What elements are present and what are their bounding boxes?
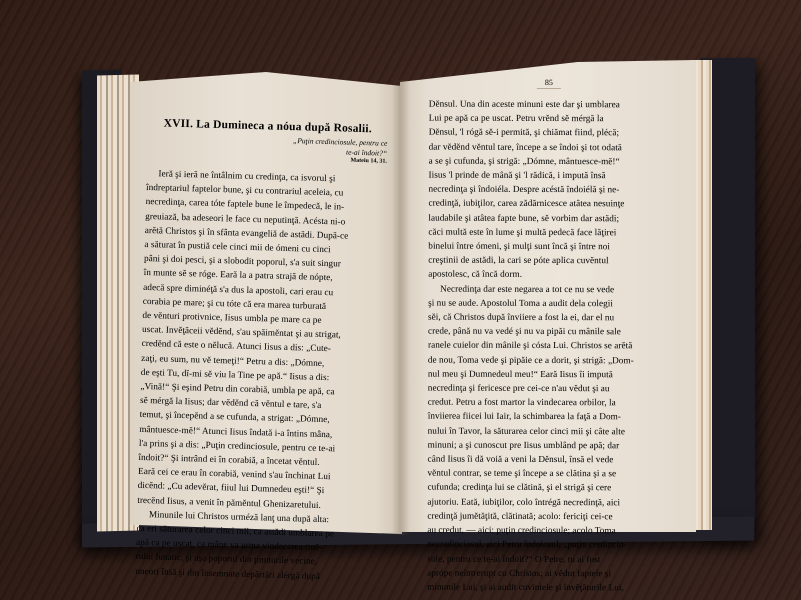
text-line: înviierea fiicei lui Iair, la schimbarea…: [428, 409, 668, 424]
text-line: creştinii de astădi, la cari se póte apl…: [428, 253, 668, 268]
text-line: laudabile şi atâtea fapte bune, sĕ vorbi…: [428, 210, 668, 225]
text-line: dar vĕdĕnd vĕntul tare, începe a se îndo…: [429, 139, 669, 154]
page-number: 85: [537, 78, 561, 89]
text-line: minunile Lui, şi ai audit cuvintele şi î…: [427, 579, 667, 594]
text-line: crede, până nu va vedé şi nu va pipăi cu…: [428, 324, 668, 339]
text-line: necredinţa şi fericesce pre cei-ce n'au …: [428, 381, 668, 396]
text-line: credinţă, iubiţilor, carea zădărnicesce …: [428, 196, 668, 211]
text-line: Dĕnsul. Una din aceste minuni este dar ş…: [429, 97, 669, 112]
text-line: necredinţa şi îndoiéla. Despre acéstă în…: [428, 182, 668, 197]
text-line: Dĕnsul, 'l rógă sĕ-i permită, şi chiămat…: [429, 125, 669, 140]
text-line: sule, pentru ce te-ai îndoit?“ O Petre, …: [427, 551, 667, 566]
text-line: de nou, Toma vede şi pipăie ce a dorit, …: [428, 352, 668, 367]
text-line: nului în Tavor, la săturarea celor cinci…: [428, 423, 668, 438]
text-line: credinţă jumĕtăţită, clătinată; acolo: f…: [427, 508, 667, 523]
text-line: ajutoriu. Eată, iubiţilor, colo întrégă …: [427, 494, 667, 509]
text-line: necredinciosul, aici Petru îndoiosul, „p…: [427, 537, 667, 552]
text-line: credut. Petru a fost martor la vindecare…: [428, 395, 668, 410]
book-gutter: [392, 80, 410, 535]
text-line: au credut, — aici: puţin credinciosule; …: [427, 523, 667, 538]
text-line: apostolesc, că încă dorm.: [428, 267, 668, 282]
text-line: căci multă este în lume şi multă pedecă …: [428, 224, 668, 239]
text-line: cufunda; credinţa lui se clătină, şi el …: [427, 480, 667, 495]
text-line: minuni; a şi cunoscut pre Iisus umblând …: [428, 437, 668, 452]
text-line: a se şi cufunda, şi strigă: „Dómne, mânt…: [429, 153, 669, 168]
right-body-text: Dĕnsul. Una din aceste minuni este dar ş…: [427, 97, 669, 595]
text-line: binelui între ómeni, şi mulţi sunt încă …: [428, 239, 668, 254]
text-line: vĕntul contrar, se teme şi începe a se c…: [427, 466, 667, 481]
text-line: când Iisus îi dă voiă a veni la Dĕnsul, …: [428, 452, 668, 467]
text-line: Iisus 'l prinde de mână şi 'l rădică, i …: [429, 168, 669, 183]
text-line: sĕi, că Christos după înviiere a fost la…: [428, 310, 668, 325]
text-line: şi nu se aude. Apostolul Toma a audit de…: [428, 295, 668, 310]
text-line: apróре neîntrerupt cu Christos; ai vĕdut…: [427, 565, 667, 580]
left-page-text: XVII. La Dumineca a nóua după Rosalii. „…: [135, 117, 388, 584]
right-page-text: 85 Dĕnsul. Una din aceste minuni este da…: [427, 78, 669, 595]
text-line: Lui pe apă ca pe uscat. Petru vrĕnd sĕ m…: [429, 111, 669, 126]
text-line: Necredinţa dar este negarea a tot ce nu …: [428, 281, 668, 296]
text-line: ranele cuielor din mânile şi cóstа Lui. …: [428, 338, 668, 353]
left-body-text: Ieră şi ieră ne întâlnim cu credinţa, ca…: [135, 166, 386, 584]
text-line: nul meu şi Dumnedeul meu!“ Eară Iisus îi…: [428, 366, 668, 381]
